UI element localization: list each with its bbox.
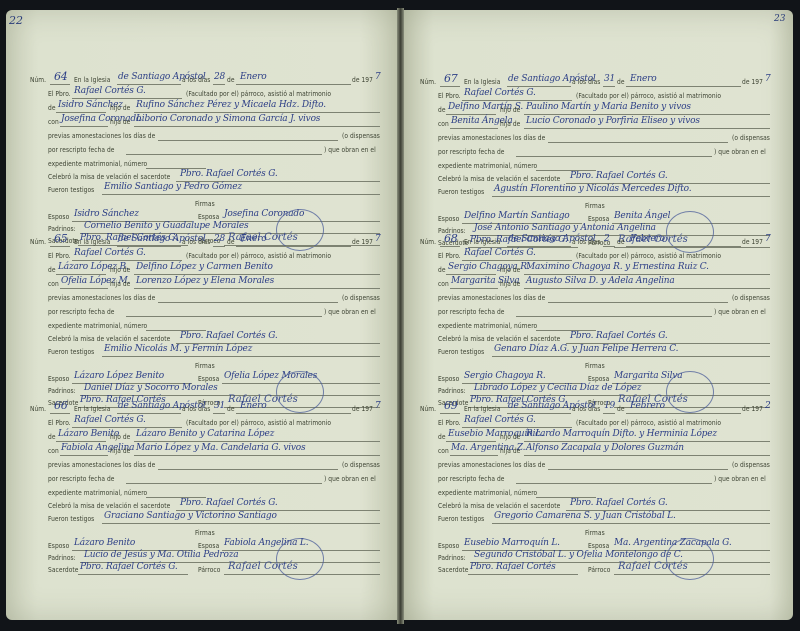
dispensas-label: (o dispensas xyxy=(342,294,380,302)
groom-parents: Delfino López y Carmen Benito xyxy=(136,262,273,272)
dispensas-label: (o dispensas xyxy=(342,132,380,140)
firmas-heading: Firmas xyxy=(585,362,605,370)
num-label: Núm. xyxy=(420,238,436,246)
testigos-label: Fueron testigos xyxy=(438,348,484,356)
firmas-heading: Firmas xyxy=(195,200,215,208)
de-label: de xyxy=(227,76,235,84)
facultado-label: (Facultado por el) párroco, asistió al m… xyxy=(186,419,331,427)
groom-parents: Paulino Martín y Maria Benito y vivos xyxy=(526,102,691,112)
entry-number: 66 xyxy=(54,399,68,412)
hijo-de-label: hijo de xyxy=(110,266,130,274)
dispensas-label: (o dispensas xyxy=(732,134,770,142)
bride-signature: Benita Ángel xyxy=(614,211,670,221)
iglesia-label: En la Iglesia xyxy=(74,238,110,246)
entry-number: 69 xyxy=(444,399,458,412)
padrinos-label: Padrinos: xyxy=(438,387,466,395)
obran-label: ) que obran en el xyxy=(324,475,376,483)
godparents: Cornelio Benito y Guadalupe Morales xyxy=(84,221,248,231)
month: Enero xyxy=(240,401,266,411)
left-page-number: 22 xyxy=(9,14,23,27)
witnesses: Genaro Díaz A.G. y Juan Felipe Herrera C… xyxy=(494,344,678,354)
month: Enero xyxy=(630,74,656,84)
con-label: con xyxy=(48,280,59,288)
hija-de-label: hija de xyxy=(500,447,520,455)
padrinos-label: Padrinos: xyxy=(48,387,76,395)
esposa-label: Esposa xyxy=(588,375,609,383)
day: 31 xyxy=(214,401,225,411)
expediente-label: expediente matrimonial, número xyxy=(438,489,537,497)
esposo-label: Esposo xyxy=(48,213,69,221)
esposo-label: Esposo xyxy=(48,542,69,550)
de-label: de xyxy=(227,405,235,413)
dias-label: a los días xyxy=(182,76,210,84)
velacion-priest: Pbro. Rafael Cortés G. xyxy=(180,169,278,179)
bride-parents: Liborio Coronado y Simona García J. vivo… xyxy=(136,114,320,124)
esposa-label: Esposa xyxy=(198,213,219,221)
groom-parents: Maximino Chagoya R. y Ernestina Ruiz C. xyxy=(526,262,709,272)
previas-label: previas amonestaciones los días de xyxy=(438,134,545,142)
con-label: con xyxy=(48,118,59,126)
celebro-label: Celebró la misa de velación el sacerdote xyxy=(438,335,560,343)
year-digit: 7 xyxy=(375,72,381,82)
rescripto-label: por rescripto fecha de xyxy=(48,308,115,316)
con-label: con xyxy=(438,280,449,288)
pbro-label: El Pbro. xyxy=(438,252,461,260)
groom-parents: Ricardo Marroquín Difto. y Herminia Lópe… xyxy=(526,429,717,439)
esposo-label: Esposo xyxy=(438,375,459,383)
iglesia-label: En la Iglesia xyxy=(464,238,500,246)
padrinos-label: Padrinos: xyxy=(438,554,466,562)
day: 28 xyxy=(214,234,225,244)
bride-parents: Alfonso Zacapala y Dolores Guzmán xyxy=(526,443,684,453)
year-digit: 7 xyxy=(375,234,381,244)
hija-de-label: hija de xyxy=(110,447,130,455)
priest-name: Rafael Cortés G. xyxy=(74,415,146,425)
entry-number: 68 xyxy=(444,232,458,245)
year-digit: 2 xyxy=(765,401,771,411)
rescripto-label: por rescripto fecha de xyxy=(48,475,115,483)
year-label: de 197 xyxy=(352,76,373,84)
expediente-label: expediente matrimonial, número xyxy=(438,322,537,330)
year-label: de 197 xyxy=(742,78,763,86)
rescripto-label: por rescripto fecha de xyxy=(438,475,505,483)
celebro-label: Celebró la misa de velación el sacerdote xyxy=(48,335,170,343)
groom-signature: Delfino Martín Santiago xyxy=(464,211,570,221)
rescripto-label: por rescripto fecha de xyxy=(438,308,505,316)
priest-name: Rafael Cortés G. xyxy=(464,88,536,98)
month: Febrero xyxy=(630,401,665,411)
celebro-label: Celebró la misa de velación el sacerdote xyxy=(48,502,170,510)
year-label: de 197 xyxy=(352,405,373,413)
rescripto-label: por rescripto fecha de xyxy=(438,148,505,156)
hijo-de-label: hijo de xyxy=(110,104,130,112)
esposa-label: Esposa xyxy=(588,542,609,550)
day: 28 xyxy=(214,72,225,82)
witnesses: Graciano Santiago y Victorino Santiago xyxy=(104,511,277,521)
testigos-label: Fueron testigos xyxy=(438,188,484,196)
groom-signature: Sergio Chagoya R. xyxy=(464,371,546,381)
witnesses: Emilio Santiago y Pedro Gómez xyxy=(104,182,242,192)
firmas-heading: Firmas xyxy=(195,362,215,370)
de-label: de xyxy=(227,238,235,246)
obran-label: ) que obran en el xyxy=(714,475,766,483)
bride-parents: Lucio Coronado y Porfiria Eliseo y vivos xyxy=(526,116,700,126)
godparents: Daniel Díaz y Socorro Morales xyxy=(84,383,218,393)
previas-label: previas amonestaciones los días de xyxy=(438,294,545,302)
hija-de-label: hija de xyxy=(500,280,520,288)
previas-label: previas amonestaciones los días de xyxy=(48,461,155,469)
velacion-priest: Pbro. Rafael Cortés G. xyxy=(570,498,668,508)
priest-signature: Pbro. Rafael Cortés xyxy=(470,562,556,572)
expediente-label: expediente matrimonial, número xyxy=(48,489,147,497)
priest-name: Rafael Cortés G. xyxy=(464,248,536,258)
obran-label: ) que obran en el xyxy=(714,308,766,316)
groom-parents: Lázaro Benito y Catarina López xyxy=(136,429,274,439)
esposa-label: Esposa xyxy=(198,542,219,550)
dispensas-label: (o dispensas xyxy=(342,461,380,469)
month: Enero xyxy=(240,234,266,244)
padrinos-label: Padrinos: xyxy=(48,554,76,562)
celebro-label: Celebró la misa de velación el sacerdote xyxy=(48,173,170,181)
hijo-de-label: hijo de xyxy=(110,433,130,441)
esposa-label: Esposa xyxy=(588,215,609,223)
witnesses: Emilio Nicolás M. y Fermín López xyxy=(104,344,252,354)
entry-number: 65 xyxy=(54,232,68,245)
priest-name: Rafael Cortés G. xyxy=(74,248,146,258)
priest-name: Rafael Cortés G. xyxy=(464,415,536,425)
groom-signature: Lázaro López Benito xyxy=(74,371,164,381)
dispensas-label: (o dispensas xyxy=(732,294,770,302)
previas-label: previas amonestaciones los días de xyxy=(48,132,155,140)
pbro-label: El Pbro. xyxy=(438,92,461,100)
num-label: Núm. xyxy=(420,78,436,86)
facultado-label: (Facultado por el) párroco, asistió al m… xyxy=(576,92,721,100)
esposo-label: Esposo xyxy=(438,542,459,550)
pbro-label: El Pbro. xyxy=(48,419,71,427)
parish-seal-icon xyxy=(666,538,714,580)
groom-signature: Eusebio Marroquín L. xyxy=(464,538,560,548)
godparents: José Antonio Santiago y Antonia Angelina xyxy=(474,223,656,233)
firmas-heading: Firmas xyxy=(585,202,605,210)
con-label: con xyxy=(438,120,449,128)
witnesses: Agustín Florentino y Nicolás Mercedes Di… xyxy=(494,184,691,194)
testigos-label: Fueron testigos xyxy=(48,186,94,194)
sacerdote-label: Sacerdote xyxy=(438,566,468,574)
facultado-label: (Facultado por el) párroco, asistió al m… xyxy=(186,252,331,260)
parroco-label: Párroco xyxy=(588,566,610,574)
velacion-priest: Pbro. Rafael Cortés G. xyxy=(180,498,278,508)
de-prefix: de xyxy=(48,266,56,274)
de-prefix: de xyxy=(438,433,446,441)
expediente-label: expediente matrimonial, número xyxy=(48,322,147,330)
hijo-de-label: hijo de xyxy=(500,106,520,114)
facultado-label: (Facultado por el) párroco, asistió al m… xyxy=(576,419,721,427)
month: Enero xyxy=(240,72,266,82)
velacion-priest: Pbro. Rafael Cortés G. xyxy=(180,331,278,341)
priest-name: Rafael Cortés G. xyxy=(74,86,146,96)
facultado-label: (Facultado por el) párroco, asistió al m… xyxy=(186,90,331,98)
dispensas-label: (o dispensas xyxy=(732,461,770,469)
de-prefix: de xyxy=(438,266,446,274)
firmas-heading: Firmas xyxy=(195,529,215,537)
de-label: de xyxy=(617,238,625,246)
con-label: con xyxy=(438,447,449,455)
velacion-priest: Pbro. Rafael Cortés G. xyxy=(570,331,668,341)
de-label: de xyxy=(617,405,625,413)
num-label: Núm. xyxy=(30,238,46,246)
testigos-label: Fueron testigos xyxy=(48,348,94,356)
bride-parents: Augusto Silva D. y Adela Angelina xyxy=(526,276,675,286)
firmas-heading: Firmas xyxy=(585,529,605,537)
day: 31 xyxy=(604,74,615,84)
godparents: Lucio de Jesús y Ma. Otilia Pedroza xyxy=(84,550,238,560)
dias-label: a los días xyxy=(572,405,600,413)
groom-signature: Isidro Sánchez xyxy=(74,209,139,219)
celebro-label: Celebró la misa de velación el sacerdote xyxy=(438,502,560,510)
right-page-number: 23 xyxy=(774,14,785,24)
pbro-label: El Pbro. xyxy=(48,252,71,260)
esposo-label: Esposo xyxy=(438,215,459,223)
num-label: Núm. xyxy=(30,405,46,413)
facultado-label: (Facultado por el) párroco, asistió al m… xyxy=(576,252,721,260)
priest-signature: Pbro. Rafael Cortés G. xyxy=(80,562,178,572)
entry-number: 64 xyxy=(54,70,68,83)
sacerdote-label: Sacerdote xyxy=(48,566,78,574)
witnesses: Gregorio Camarena S. y Juan Cristóbal L. xyxy=(494,511,676,521)
godparents: Librado López y Cecilia Díaz de López xyxy=(474,383,641,393)
entry-number: 67 xyxy=(444,72,458,85)
year-label: de 197 xyxy=(742,238,763,246)
rescripto-label: por rescripto fecha de xyxy=(48,146,115,154)
obran-label: ) que obran en el xyxy=(714,148,766,156)
parroco-label: Párroco xyxy=(198,566,220,574)
bride-parents: Mario López y Ma. Candelaria G. vivos xyxy=(136,443,305,453)
expediente-label: expediente matrimonial, número xyxy=(48,160,147,168)
celebro-label: Celebró la misa de velación el sacerdote xyxy=(438,175,560,183)
bride-parents: Lorenzo López y Elena Morales xyxy=(136,276,274,286)
num-label: Núm. xyxy=(420,405,436,413)
year-digit: 7 xyxy=(765,234,771,244)
num-label: Núm. xyxy=(30,76,46,84)
testigos-label: Fueron testigos xyxy=(438,515,484,523)
esposa-label: Esposa xyxy=(198,375,219,383)
dias-label: a los días xyxy=(572,238,600,246)
year-digit: 7 xyxy=(765,74,771,84)
previas-label: previas amonestaciones los días de xyxy=(48,294,155,302)
de-prefix: de xyxy=(48,104,56,112)
pbro-label: El Pbro. xyxy=(48,90,71,98)
iglesia-label: En la Iglesia xyxy=(74,76,110,84)
testigos-label: Fueron testigos xyxy=(48,515,94,523)
esposo-label: Esposo xyxy=(48,375,69,383)
groom-parents: Rufino Sánchez Pérez y Micaela Hdz. Dift… xyxy=(136,100,326,110)
de-prefix: de xyxy=(48,433,56,441)
obran-label: ) que obran en el xyxy=(324,146,376,154)
pbro-label: El Pbro. xyxy=(438,419,461,427)
day: 2 xyxy=(604,234,610,244)
de-prefix: de xyxy=(438,106,446,114)
month: Febrero xyxy=(630,234,665,244)
year-label: de 197 xyxy=(742,405,763,413)
dias-label: a los días xyxy=(572,78,600,86)
groom-signature: Lázaro Benito xyxy=(74,538,135,548)
de-label: de xyxy=(617,78,625,86)
velacion-priest: Pbro. Rafael Cortés G. xyxy=(570,171,668,181)
book-spine xyxy=(397,8,404,624)
expediente-label: expediente matrimonial, número xyxy=(438,162,537,170)
iglesia-label: En la Iglesia xyxy=(464,78,500,86)
con-label: con xyxy=(48,447,59,455)
year-label: de 197 xyxy=(352,238,373,246)
year-digit: 7 xyxy=(375,401,381,411)
iglesia-label: En la Iglesia xyxy=(74,405,110,413)
day: 19 xyxy=(604,401,615,411)
hija-de-label: hija de xyxy=(110,280,130,288)
previas-label: previas amonestaciones los días de xyxy=(438,461,545,469)
iglesia-label: En la Iglesia xyxy=(464,405,500,413)
dias-label: a los días xyxy=(182,405,210,413)
parish-seal-icon xyxy=(276,538,324,580)
hijo-de-label: hijo de xyxy=(500,266,520,274)
hija-de-label: hija de xyxy=(500,120,520,128)
godparents: Segundo Cristóbal L. y Ofelia Montelongo… xyxy=(474,550,683,560)
hijo-de-label: hijo de xyxy=(500,433,520,441)
dias-label: a los días xyxy=(182,238,210,246)
obran-label: ) que obran en el xyxy=(324,308,376,316)
hija-de-label: hija de xyxy=(110,118,130,126)
